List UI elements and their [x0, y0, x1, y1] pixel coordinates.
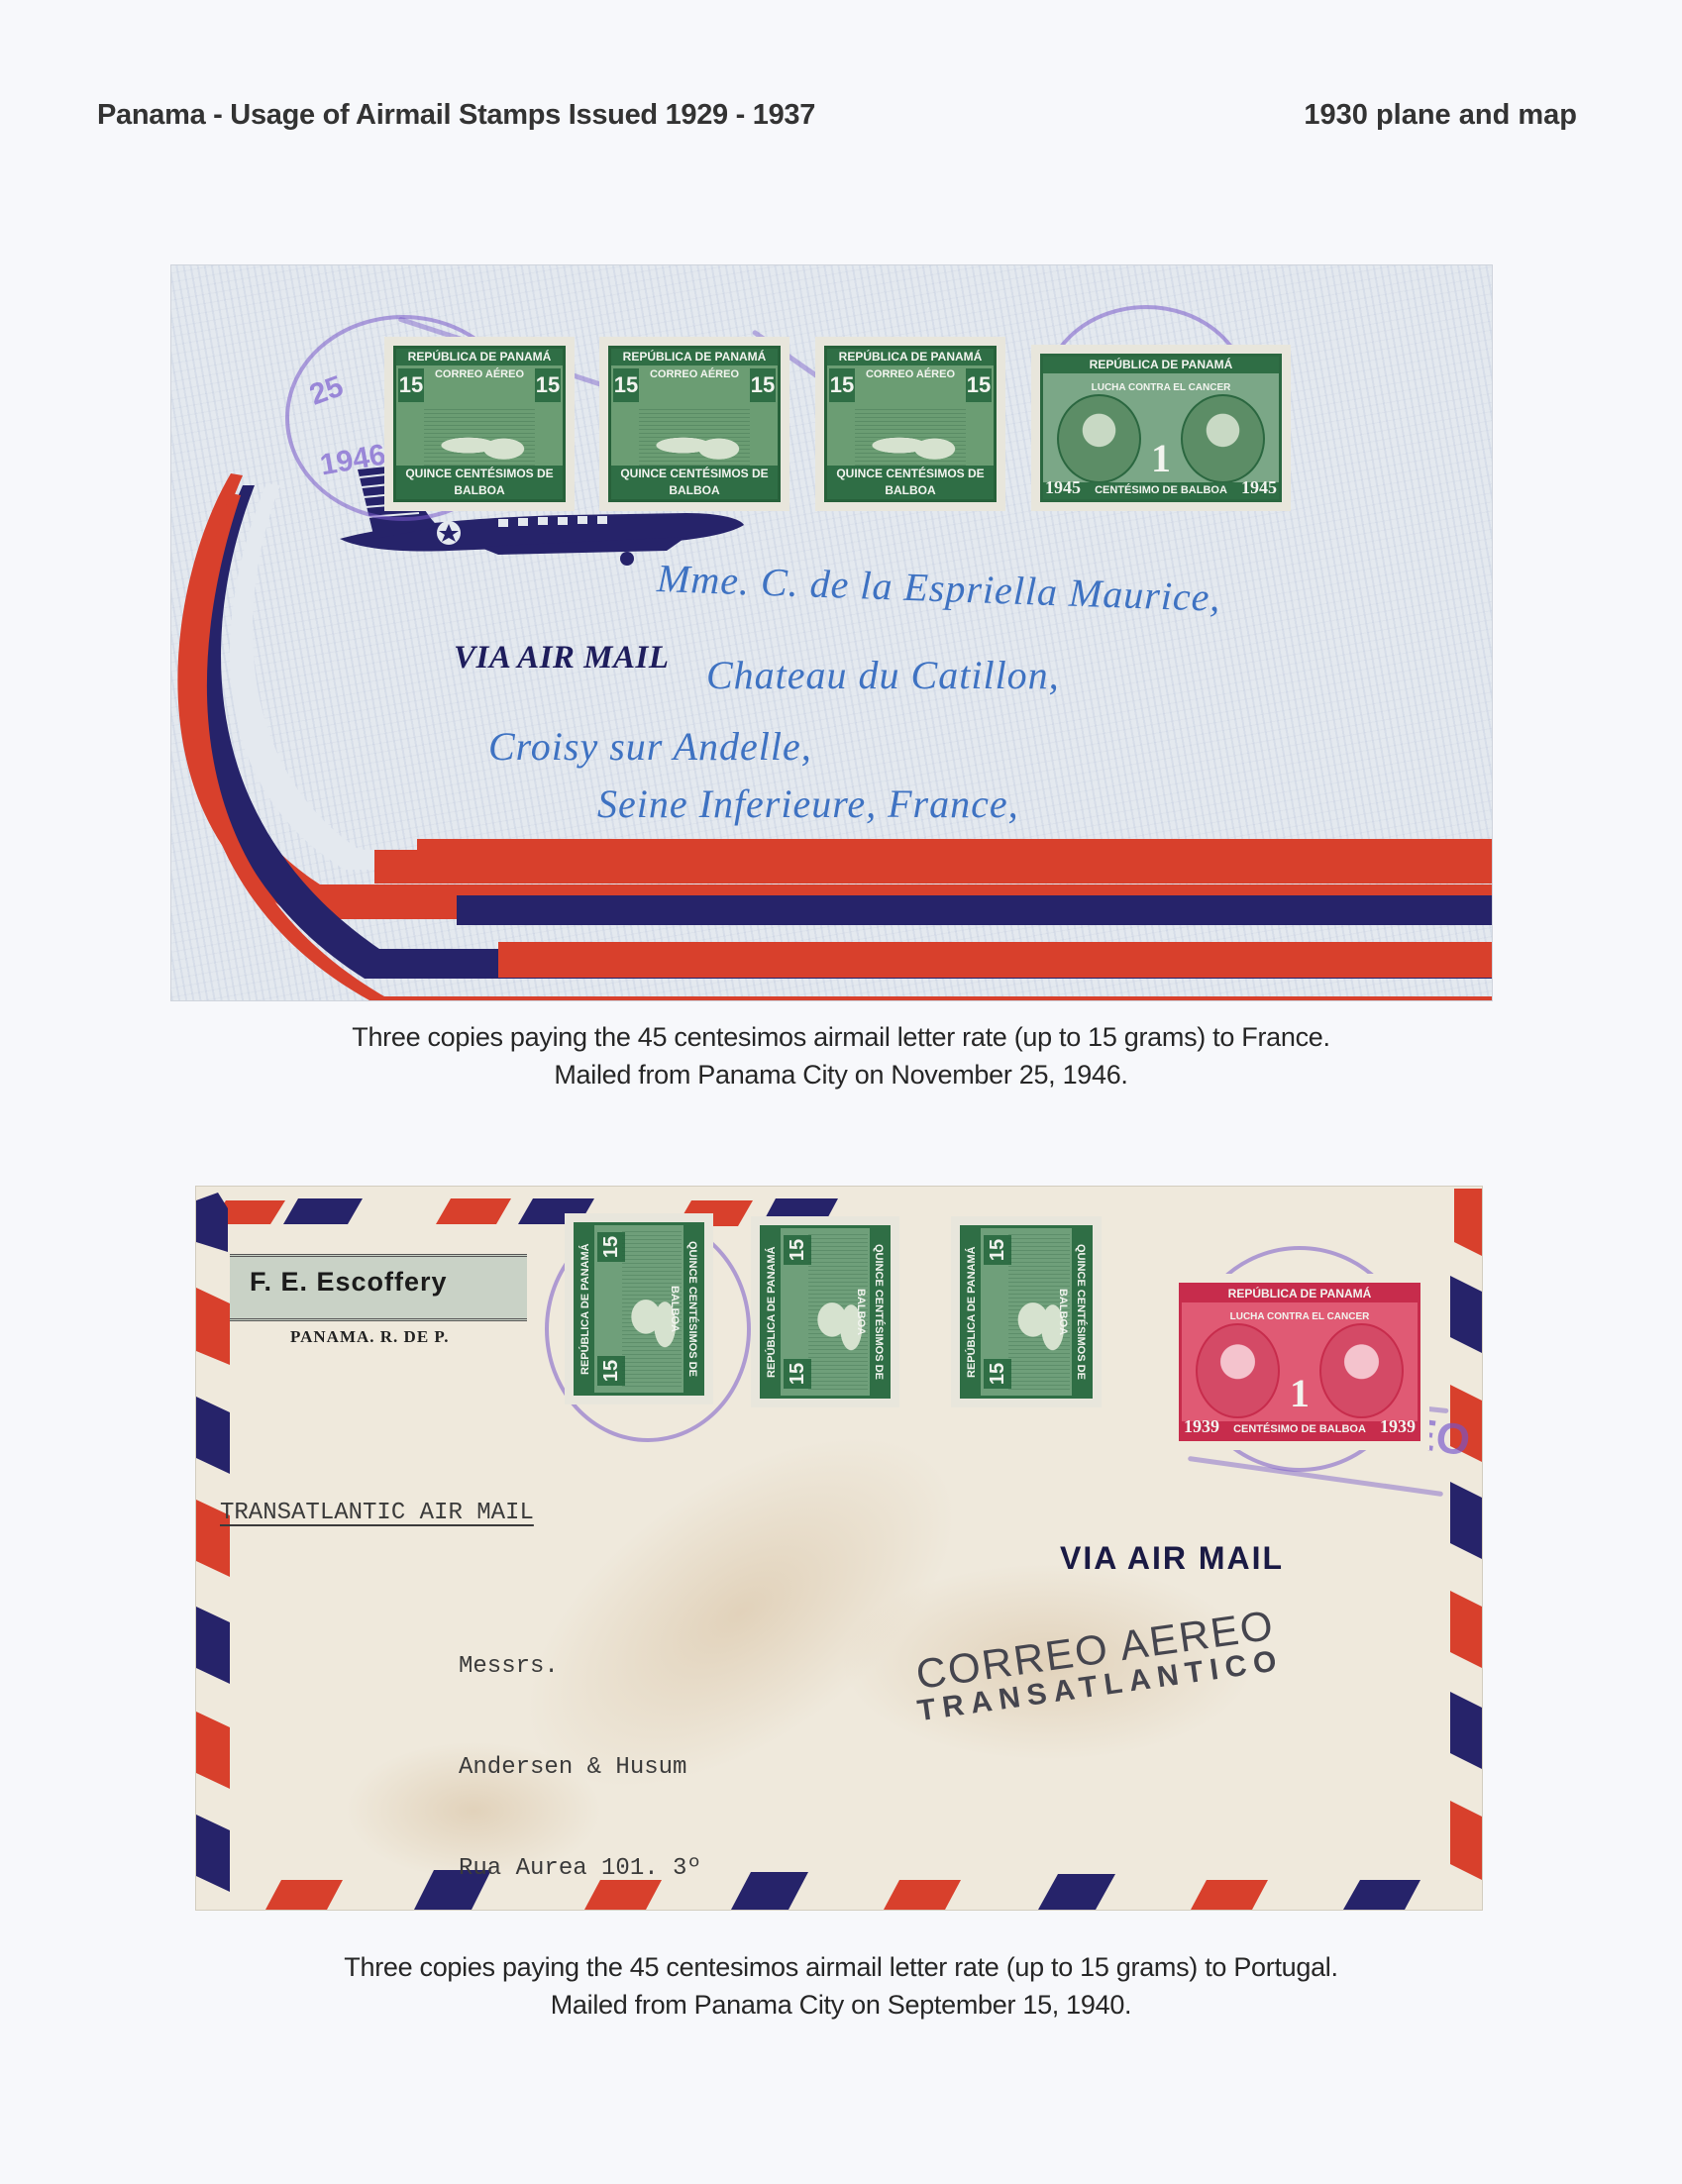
sender-label: F. E. Escoffery: [230, 1254, 527, 1321]
portrait-pierre-curie: [1057, 394, 1141, 483]
stamp-airmail-15c: REPÚBLICA DE PANAMÁ CORREO AÉREO 15 15 Q…: [384, 337, 575, 511]
cover-portugal: F. E. Escoffery PANAMA. R. DE P. 25 SET …: [196, 1187, 1482, 1910]
caption-cover-1: Three copies paying the 45 centesimos ai…: [0, 1018, 1682, 1093]
stamp-airmail-15c: REPÚBLICA DE PANAMÁ 15 15 QUINCE CENTÉSI…: [951, 1216, 1102, 1407]
stamp-airmail-15c: REPÚBLICA DE PANAMÁ CORREO AÉREO 15 15 Q…: [599, 337, 789, 511]
via-air-mail-printed: VIA AIR MAIL: [1060, 1540, 1284, 1577]
address-line: Chateau du Catillon,: [706, 652, 1060, 698]
stamp-airmail-15c: REPÚBLICA DE PANAMÁ 15 15 QUINCE CENTÉSI…: [751, 1216, 899, 1407]
sender-name: F. E. Escoffery: [250, 1267, 448, 1298]
page-subtitle: 1930 plane and map: [1304, 99, 1577, 132]
via-air-mail-printed: VIA AIR MAIL: [454, 640, 670, 676]
red-stripe: [498, 942, 1492, 978]
address-line: Seine Inferieure, France,: [597, 780, 1019, 827]
page-header: Panama - Usage of Airmail Stamps Issued …: [97, 99, 1577, 139]
sender-city: PANAMA. R. DE P.: [290, 1327, 450, 1347]
stamp-airmail-15c: REPÚBLICA DE PANAMÁ CORREO AÉREO 15 15 Q…: [815, 337, 1005, 511]
stamp-cancer-1c: REPÚBLICA DE PANAMÁ LUCHA CONTRA EL CANC…: [1031, 345, 1291, 511]
typed-service-line: TRANSATLANTIC AIR MAIL: [220, 1497, 534, 1530]
portrait-marie-curie: [1181, 394, 1265, 483]
stamp-cancer-1c-red: REPÚBLICA DE PANAMÁ LUCHA CONTRA EL CANC…: [1170, 1274, 1429, 1450]
address-line: Croisy sur Andelle,: [488, 723, 812, 770]
typed-address: Messrs. Andersen & Husum Rua Aurea 101. …: [459, 1583, 701, 1910]
blue-stripe: [457, 895, 1492, 925]
red-stripe: [417, 839, 1492, 879]
stamp-airmail-15c: REPÚBLICA DE PANAMÁ 15 15 QUINCE CENTÉSI…: [565, 1213, 713, 1404]
caption-cover-2: Three copies paying the 45 centesimos ai…: [0, 1948, 1682, 2024]
page-title: Panama - Usage of Airmail Stamps Issued …: [97, 99, 815, 132]
portrait-pierre-curie: [1196, 1323, 1280, 1418]
cover-france: VIA AIR MAIL 25 1946 REPÚBLICA DE PANAMÁ…: [171, 265, 1492, 1000]
portrait-marie-curie: [1319, 1323, 1404, 1418]
